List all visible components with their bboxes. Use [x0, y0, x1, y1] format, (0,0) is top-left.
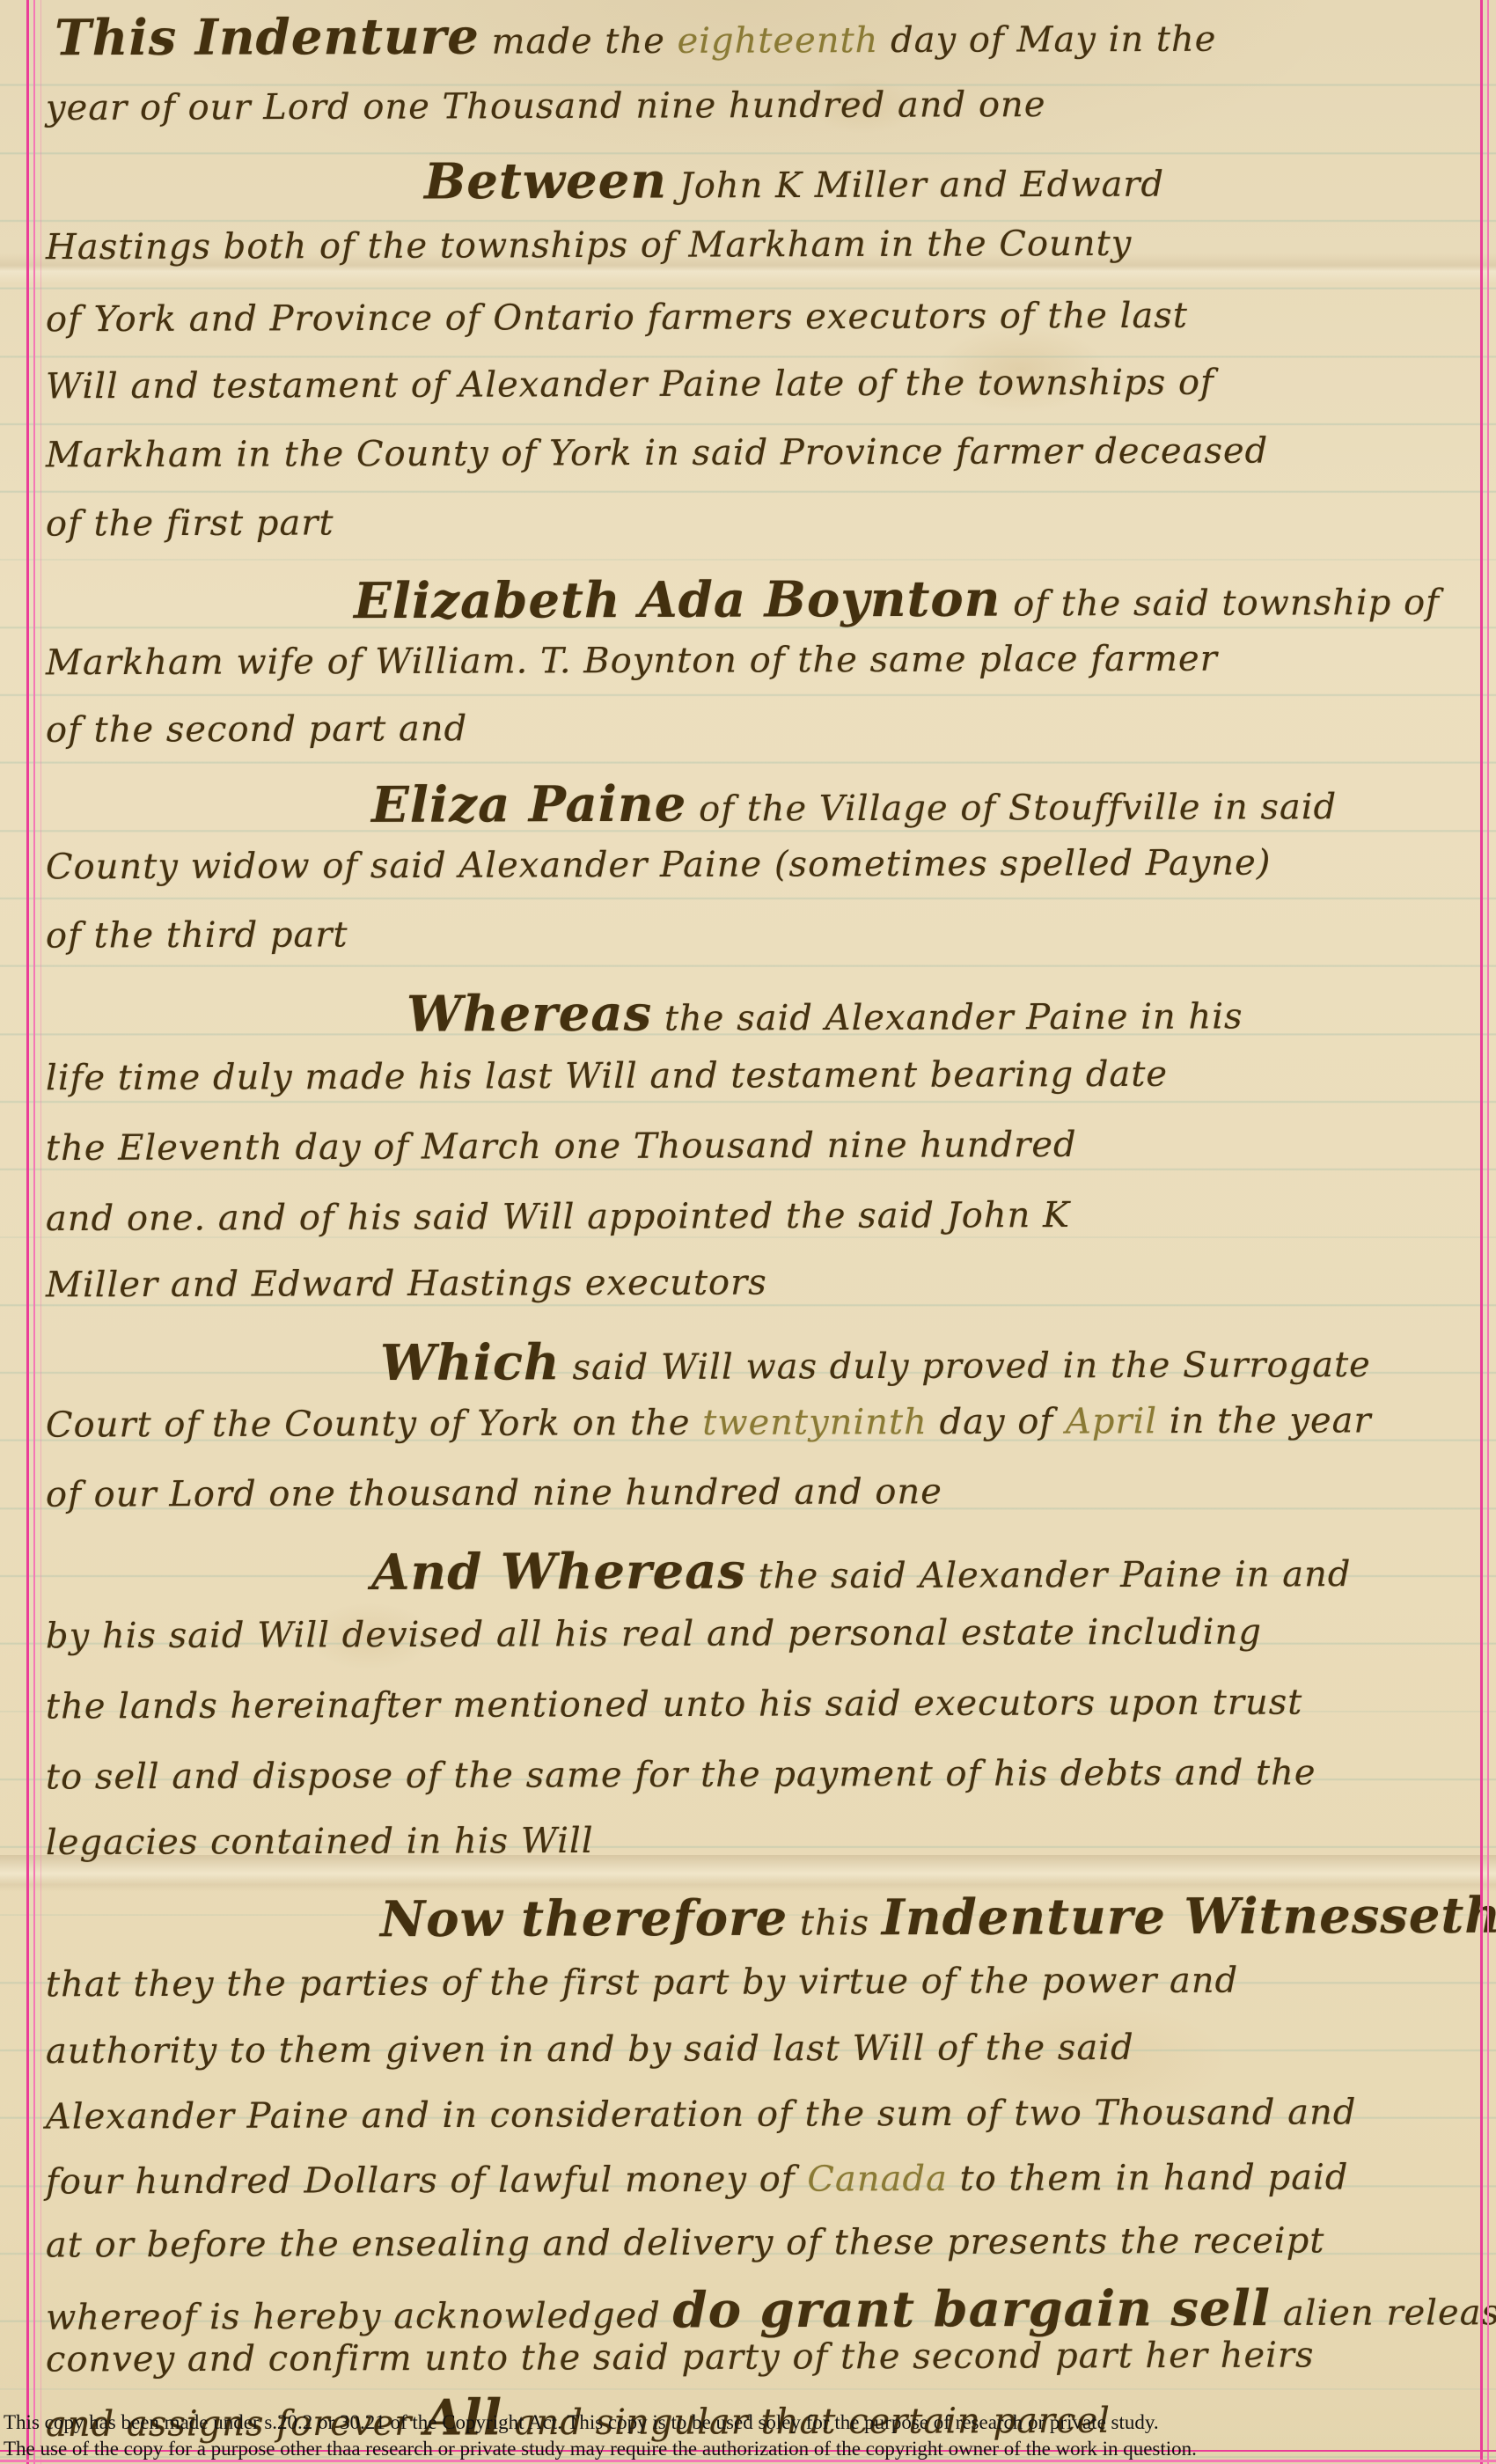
manuscript-segment: to them in hand paid	[948, 2157, 1349, 2199]
manuscript-line: Whereas the said Alexander Paine in his	[407, 982, 1243, 1043]
manuscript-segment: Elizabeth Ada Boynton	[354, 570, 1001, 631]
manuscript-segment: of York and Province of Ontario farmers …	[46, 296, 1188, 341]
copyright-stamp: This copy has been made under s.20.2 or …	[4, 2409, 1492, 2462]
manuscript-segment: and one. and of his said Will appointed …	[46, 1195, 1070, 1239]
manuscript-segment: day of	[928, 1402, 1066, 1443]
manuscript-line: Which said Will was duly proved in the S…	[380, 1331, 1371, 1392]
manuscript-segment: year of our Lord one Thousand nine hundr…	[46, 84, 1046, 128]
manuscript-line: Markham wife of William. T. Boynton of t…	[46, 639, 1218, 684]
manuscript-line: Markham in the County of York in said Pr…	[46, 431, 1268, 476]
manuscript-segment: at or before the ensealing and delivery …	[46, 2220, 1325, 2265]
manuscript-segment: of the Village of Stouffville in said	[686, 787, 1337, 830]
left-margin-line-inner	[33, 0, 35, 2464]
manuscript-line: Elizabeth Ada Boynton of the said townsh…	[354, 568, 1440, 630]
manuscript-segment: Which	[380, 1333, 561, 1392]
manuscript-segment: Alexander Paine and in consideration of …	[46, 2092, 1357, 2137]
manuscript-segment: April	[1066, 1401, 1157, 1441]
manuscript-segment: life time duly made his last Will and te…	[46, 1054, 1168, 1098]
manuscript-segment: day of May in the	[878, 19, 1216, 61]
manuscript-line: year of our Lord one Thousand nine hundr…	[46, 84, 1046, 128]
manuscript-segment: Eliza Paine	[371, 775, 687, 834]
manuscript-segment: that they the parties of the first part …	[46, 1961, 1238, 2006]
manuscript-segment: Will and testament of Alexander Paine la…	[46, 363, 1214, 407]
manuscript-line: to sell and dispose of the same for the …	[46, 1752, 1316, 1797]
manuscript-segment: And Whereas	[371, 1542, 746, 1601]
manuscript-line: Between John K Miller and Edward	[424, 150, 1164, 211]
manuscript-segment: Miller and Edward Hastings executors	[46, 1263, 767, 1306]
manuscript-segment: whereof is hereby acknowledged	[46, 2295, 673, 2337]
manuscript-line: Court of the County of York on the twent…	[46, 1400, 1372, 1445]
manuscript-segment: convey and confirm unto the said party o…	[46, 2335, 1315, 2380]
manuscript-segment: eighteenth	[677, 20, 878, 62]
manuscript-segment: Now therefore	[380, 1889, 788, 1949]
manuscript-segment: This Indenture	[55, 8, 480, 68]
manuscript-segment: to sell and dispose of the same for the …	[46, 1752, 1316, 1797]
manuscript-line: Now therefore this Indenture Witnesseth	[380, 1887, 1496, 1948]
manuscript-segment: of the third part	[46, 914, 348, 956]
manuscript-segment: Hastings both of the townships of Markha…	[46, 224, 1132, 268]
manuscript-segment: the Eleventh day of March one Thousand n…	[46, 1125, 1077, 1169]
manuscript-line: four hundred Dollars of lawful money of …	[46, 2157, 1349, 2202]
manuscript-segment: Markham wife of William. T. Boynton of t…	[46, 639, 1218, 684]
manuscript-segment: four hundred Dollars of lawful money of	[46, 2160, 808, 2203]
copyright-line-2: The use of the copy for a purpose other …	[4, 2436, 1492, 2462]
manuscript-segment: said Will was duly proved in the Surroga…	[561, 1345, 1371, 1388]
manuscript-segment: the said Alexander Paine in his	[652, 996, 1243, 1038]
manuscript-segment: do grant bargain sell	[672, 2279, 1271, 2339]
right-margin-line-outer	[1480, 0, 1483, 2464]
manuscript-segment: County widow of said Alexander Paine (so…	[46, 843, 1272, 888]
manuscript-line: County widow of said Alexander Paine (so…	[46, 843, 1272, 888]
manuscript-segment: Whereas	[407, 985, 652, 1044]
manuscript-line: at or before the ensealing and delivery …	[46, 2220, 1325, 2265]
manuscript-line: convey and confirm unto the said party o…	[46, 2335, 1315, 2380]
manuscript-line: legacies contained in his Will	[46, 1821, 594, 1863]
manuscript-line: Miller and Edward Hastings executors	[46, 1263, 767, 1306]
manuscript-segment: Indenture Witnesseth	[882, 1887, 1496, 1947]
manuscript-segment: legacies contained in his Will	[46, 1821, 594, 1863]
manuscript-line: that they the parties of the first part …	[46, 1961, 1238, 2006]
manuscript-line: of York and Province of Ontario farmers …	[46, 296, 1188, 341]
manuscript-segment: of the said township of	[1001, 583, 1440, 625]
manuscript-segment: John K Miller and Edward	[667, 165, 1164, 207]
manuscript-segment: Court of the County of York on the	[46, 1403, 702, 1446]
manuscript-line: And Whereas the said Alexander Paine in …	[371, 1540, 1352, 1602]
manuscript-segment: of the first part	[46, 502, 334, 544]
manuscript-segment: Markham in the County of York in said Pr…	[46, 431, 1268, 476]
manuscript-segment: of our Lord one thousand nine hundred an…	[46, 1471, 942, 1515]
manuscript-segment: twentyninth	[702, 1402, 928, 1443]
manuscript-segment: in the year	[1157, 1400, 1372, 1441]
manuscript-segment: the lands hereinafter mentioned unto his…	[46, 1683, 1302, 1727]
manuscript-segment: of the second part and	[46, 708, 467, 751]
manuscript-segment: made the	[480, 21, 678, 62]
manuscript-segment: this	[788, 1903, 882, 1943]
manuscript-line: life time duly made his last Will and te…	[46, 1054, 1168, 1098]
right-margin-line-inner	[1487, 0, 1489, 2464]
manuscript-line: Hastings both of the townships of Markha…	[46, 224, 1132, 268]
manuscript-segment: by his said Will devised all his real an…	[46, 1612, 1262, 1657]
copyright-line-1: This copy has been made under s.20.2 or …	[4, 2409, 1492, 2436]
manuscript-segment: the said Alexander Paine in and	[746, 1554, 1352, 1596]
manuscript-line: of the second part and	[46, 708, 467, 751]
manuscript-line: and one. and of his said Will appointed …	[46, 1195, 1070, 1239]
manuscript-segment: alien release	[1271, 2292, 1496, 2334]
manuscript-line: the lands hereinafter mentioned unto his…	[46, 1683, 1302, 1727]
manuscript-line: Eliza Paine of the Village of Stouffvill…	[371, 773, 1337, 834]
left-margin-line-faint	[40, 0, 41, 2464]
manuscript-line: of our Lord one thousand nine hundred an…	[46, 1471, 942, 1515]
manuscript-segment: Between	[424, 152, 667, 211]
manuscript-line: of the third part	[46, 914, 348, 956]
manuscript-line: whereof is hereby acknowledged do grant …	[46, 2278, 1496, 2342]
manuscript-line: by his said Will devised all his real an…	[46, 1612, 1262, 1657]
manuscript-line: Alexander Paine and in consideration of …	[46, 2092, 1357, 2137]
manuscript-page: This Indenture made the eighteenth day o…	[0, 0, 1496, 2464]
manuscript-segment: Canada	[807, 2159, 948, 2200]
manuscript-line: of the first part	[46, 502, 334, 544]
manuscript-line: Will and testament of Alexander Paine la…	[46, 363, 1214, 407]
manuscript-line: authority to them given in and by said l…	[46, 2028, 1134, 2072]
left-margin-line-outer	[26, 0, 29, 2464]
manuscript-text: This Indenture made the eighteenth day o…	[0, 0, 1496, 2464]
manuscript-line: the Eleventh day of March one Thousand n…	[46, 1125, 1077, 1169]
manuscript-segment: authority to them given in and by said l…	[46, 2028, 1134, 2072]
manuscript-line: This Indenture made the eighteenth day o…	[55, 5, 1217, 68]
